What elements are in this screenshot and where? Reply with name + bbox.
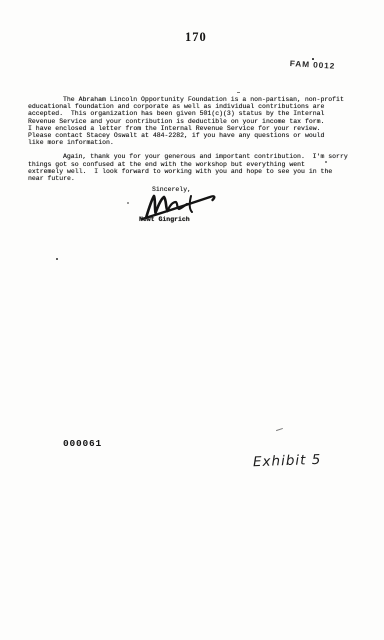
scan-speck xyxy=(325,161,327,163)
letter-line: extremely well. I look forward to workin… xyxy=(28,168,348,175)
letter-line: Again, thank you for your generous and i… xyxy=(28,153,348,160)
fam-stamp: FAM 0012 xyxy=(289,59,335,71)
letter-line: things got so confused at the end with t… xyxy=(28,161,348,168)
scan-speck xyxy=(56,258,58,260)
letter-paragraph-2: Again, thank you for your generous and i… xyxy=(28,153,348,182)
stamp-overdot-mark xyxy=(312,58,314,60)
scan-speck xyxy=(237,92,240,93)
bates-number: 000061 xyxy=(63,438,102,449)
letter-line: I have enclosed a letter from the Intern… xyxy=(28,125,348,132)
exhibit-label: Exhibit 5 xyxy=(253,452,322,470)
letter-body: The Abraham Lincoln Opportunity Foundati… xyxy=(28,96,348,182)
page-number: 170 xyxy=(185,30,207,45)
typed-name: Newt Gingrich xyxy=(139,216,190,223)
letter-paragraph-1: The Abraham Lincoln Opportunity Foundati… xyxy=(28,96,348,146)
stray-tick-mark xyxy=(276,428,283,431)
letter-line: Revenue Service and your contribution is… xyxy=(28,118,348,125)
scan-speck xyxy=(127,202,129,204)
document-page: 170 FAM 0012 The Abraham Lincoln Opportu… xyxy=(0,0,384,640)
letter-line: near future. xyxy=(28,175,348,182)
letter-line: like more information. xyxy=(28,139,348,146)
letter-line: accepted. This organization has been giv… xyxy=(28,110,348,117)
